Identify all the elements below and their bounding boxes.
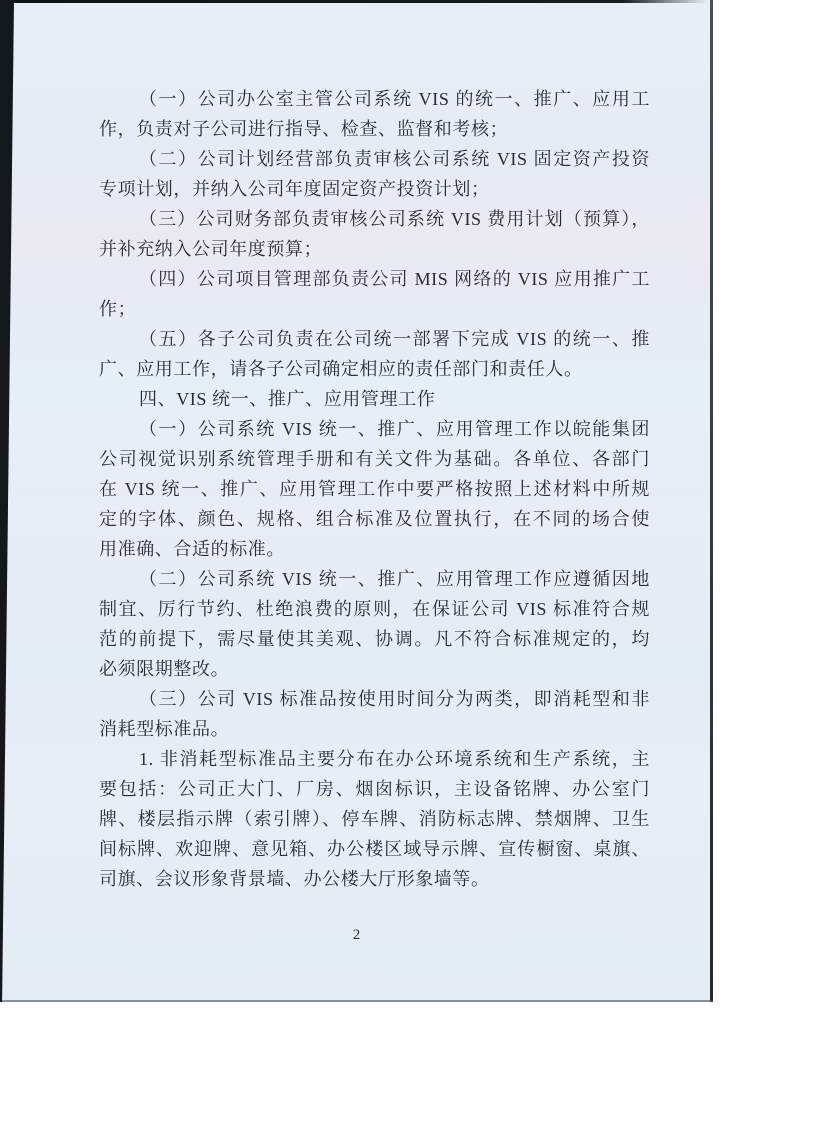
text-line: 用准确、合适的标准。 — [99, 534, 650, 564]
text-line: （一）公司办公室主管公司系统 VIS 的统一、推广、应用工 — [99, 84, 650, 114]
text-line: （三）公司 VIS 标准品按使用时间分为两类，即消耗型和非 — [99, 684, 650, 714]
text-line: 并补充纳入公司年度预算； — [99, 234, 650, 264]
text-line: 专项计划，并纳入公司年度固定资产投资计划； — [99, 174, 650, 204]
text-line: 司旗、会议形象背景墙、办公楼大厅形象墙等。 — [99, 864, 650, 894]
text-line: 在 VIS 统一、推广、应用管理工作中要严格按照上述材料中所规 — [99, 474, 650, 504]
text-line: 制宜、厉行节约、杜绝浪费的原则，在保证公司 VIS 标准符合规 — [99, 594, 650, 624]
text-line: 公司视觉识别系统管理手册和有关文件为基础。各单位、各部门 — [99, 444, 650, 474]
screenshot-stage: （一）公司办公室主管公司系统 VIS 的统一、推广、应用工 作，负责对子公司进行… — [0, 0, 821, 1148]
text-line: 作，负责对子公司进行指导、检查、监督和考核； — [99, 114, 650, 144]
text-line: 定的字体、颜色、规格、组合标准及位置执行，在不同的场合使 — [99, 504, 650, 534]
text-line: 牌、楼层指示牌（索引牌）、停车牌、消防标志牌、禁烟牌、卫生 — [99, 804, 650, 834]
scan-edge-left — [0, 0, 14, 1002]
page-number: 2 — [0, 927, 713, 944]
text-line: （三）公司财务部负责审核公司系统 VIS 费用计划（预算）， — [99, 204, 650, 234]
text-line: （四）公司项目管理部负责公司 MIS 网络的 VIS 应用推广工 — [99, 264, 650, 294]
scan-edge-top — [0, 0, 708, 3]
text-line: 1. 非消耗型标准品主要分布在办公环境系统和生产系统，主 — [99, 744, 650, 774]
text-line: 消耗型标准品。 — [99, 714, 650, 744]
text-line: （五）各子公司负责在公司统一部署下完成 VIS 的统一、推 — [99, 324, 650, 354]
text-line: 广、应用工作，请各子公司确定相应的责任部门和责任人。 — [99, 354, 650, 384]
section-heading-line: 四、VIS 统一、推广、应用管理工作 — [99, 384, 650, 414]
text-line: 范的前提下，需尽量使其美观、协调。凡不符合标准规定的，均 — [99, 624, 650, 654]
text-line: 必须限期整改。 — [99, 654, 650, 684]
text-line: 作； — [99, 294, 650, 324]
scanned-document-page: （一）公司办公室主管公司系统 VIS 的统一、推广、应用工 作，负责对子公司进行… — [0, 0, 713, 1002]
scan-edge-bottom — [2, 1000, 713, 1002]
text-line: （二）公司计划经营部负责审核公司系统 VIS 固定资产投资 — [99, 144, 650, 174]
text-line: 间标牌、欢迎牌、意见箱、办公楼区域导示牌、宣传橱窗、桌旗、 — [99, 834, 650, 864]
text-line: （二）公司系统 VIS 统一、推广、应用管理工作应遵循因地 — [99, 564, 650, 594]
text-line: 要包括：公司正大门、厂房、烟囱标识，主设备铭牌、办公室门 — [99, 774, 650, 804]
scan-edge-right — [710, 0, 713, 1002]
text-line: （一）公司系统 VIS 统一、推广、应用管理工作以皖能集团 — [99, 414, 650, 444]
document-text-block: （一）公司办公室主管公司系统 VIS 的统一、推广、应用工 作，负责对子公司进行… — [99, 84, 650, 894]
